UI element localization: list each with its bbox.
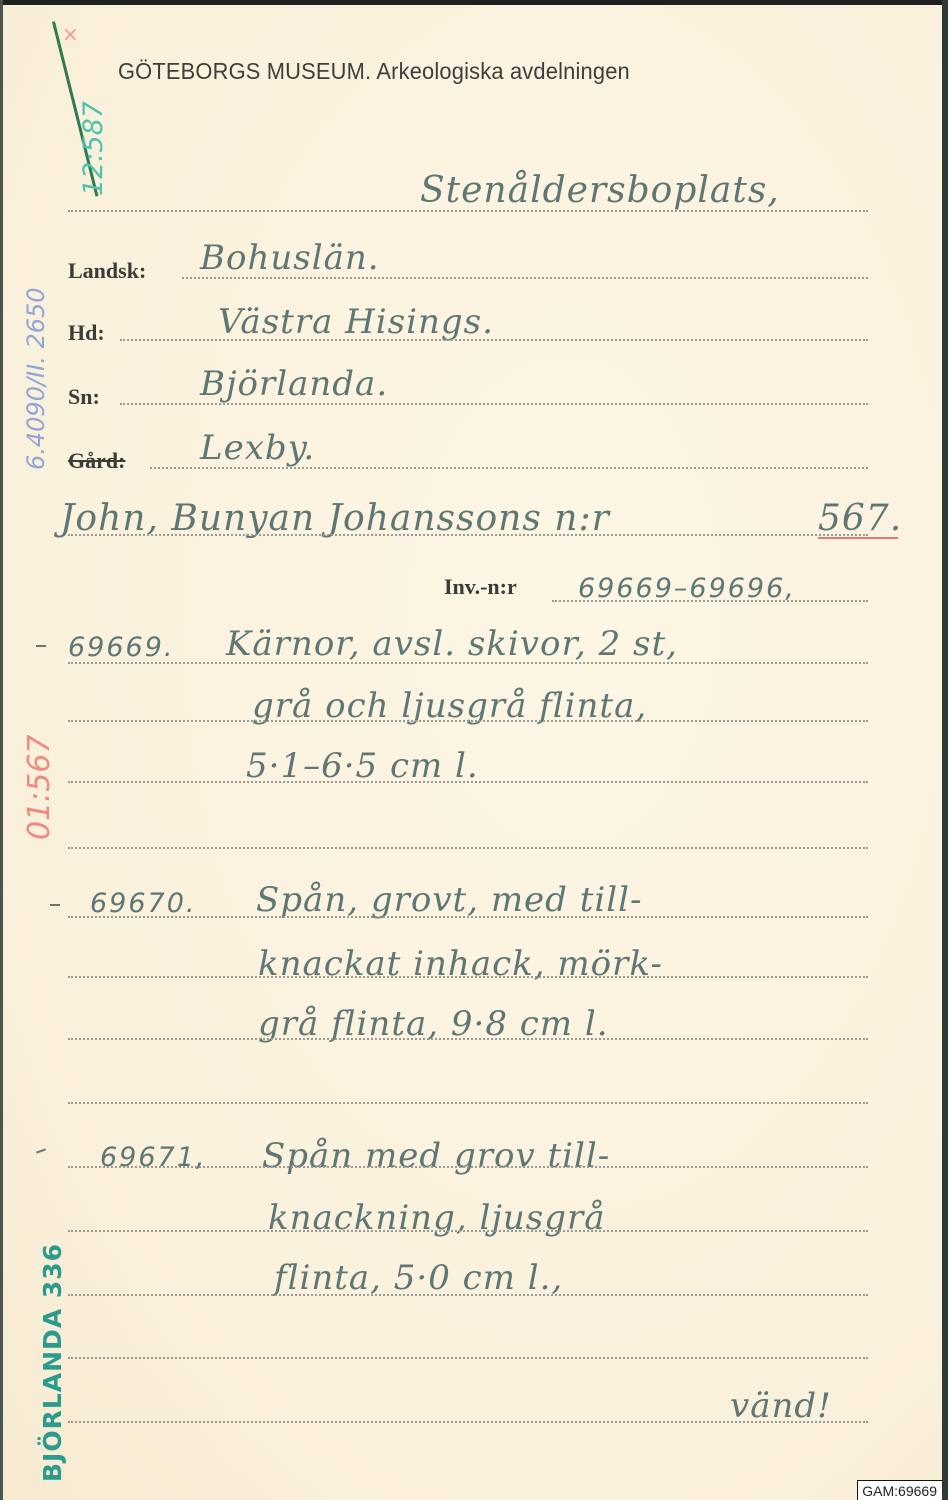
dotted-rule [68, 662, 868, 664]
red-x-mark: × [62, 22, 79, 46]
dotted-rule [68, 1102, 868, 1104]
catalog-id-label: GAM:69669 [857, 1480, 942, 1500]
field-value-landsk: Bohuslän. [200, 238, 380, 278]
entry-line: 5·1–6·5 cm l. [246, 746, 479, 786]
dotted-rule [68, 976, 868, 978]
dotted-rule [120, 403, 868, 405]
entry-line: Kärnor, avsl. skivor, 2 st, [226, 624, 678, 664]
entry-line: knackning, ljusgrå [268, 1198, 606, 1238]
dotted-rule [68, 1230, 868, 1232]
entry-line: Spån, grovt, med till- [256, 880, 643, 920]
parish-stamp: BJÖRLANDA 336 [38, 1243, 67, 1482]
dotted-rule [68, 1166, 868, 1168]
dotted-rule [120, 339, 868, 341]
dotted-rule [150, 467, 868, 469]
dotted-rule [552, 600, 868, 602]
museum-header: GÖTEBORGS MUSEUM. Arkeologiska avdelning… [118, 58, 630, 85]
dotted-rule [68, 1038, 868, 1040]
field-value-sn: Björlanda. [200, 364, 388, 404]
field-value-gard: Lexby. [200, 428, 315, 468]
entry-number: 69669. [68, 632, 174, 663]
field-label-gard: Gård: [68, 448, 125, 474]
entry-number: 69671, [100, 1142, 206, 1173]
entry-line: flinta, 5·0 cm l., [274, 1258, 563, 1298]
red-underline [818, 537, 898, 539]
field-value-hd: Västra Hisings. [218, 302, 494, 342]
inventory-label: Inv.-n:r [444, 574, 517, 600]
teal-catalog-note: 12:587 [78, 101, 109, 196]
blue-reference-note: 6.4090/II. 2650 [22, 287, 50, 470]
dotted-rule [68, 781, 868, 783]
turn-over-note: vänd! [730, 1386, 832, 1426]
dotted-rule [68, 1357, 868, 1359]
field-label-sn: Sn: [68, 384, 100, 410]
dotted-rule [182, 277, 868, 279]
entry-dash-mark [36, 645, 46, 647]
site-type-value: Stenåldersboplats, [420, 170, 780, 211]
field-label-hd: Hd: [68, 320, 105, 346]
dotted-rule [68, 210, 868, 212]
dotted-rule [68, 720, 868, 722]
entry-dash-mark [50, 904, 60, 906]
entry-line: knackat inhack, mörk- [258, 944, 663, 984]
red-number-note: 01:567 [22, 734, 57, 840]
card-right-edge [942, 0, 948, 1500]
dotted-rule [68, 916, 868, 918]
owner-line-text: John, Bunyan Johanssons n:r [60, 498, 610, 539]
dotted-rule [68, 534, 868, 536]
entry-line: Spån med grov till- [262, 1136, 610, 1176]
dotted-rule [68, 1294, 868, 1296]
entry-number: 69670. [90, 888, 196, 919]
field-label-landsk: Landsk: [68, 258, 146, 284]
dotted-rule [68, 847, 868, 849]
owner-number: 567. [818, 498, 902, 539]
